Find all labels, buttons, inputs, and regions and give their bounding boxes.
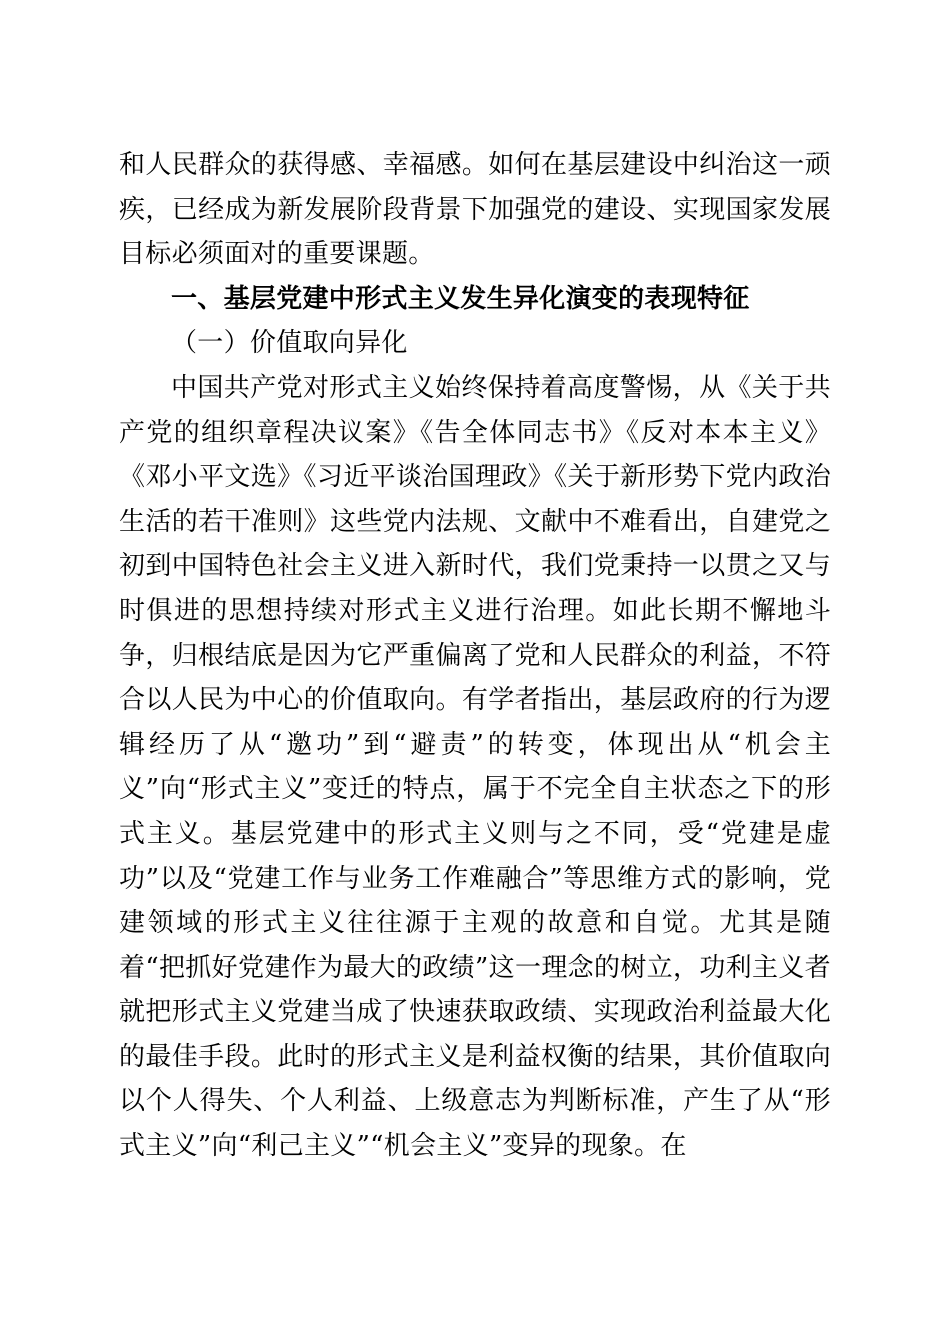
subsection-heading: （一）价值取向异化 bbox=[119, 321, 831, 366]
body-paragraph: 中国共产党对形式主义始终保持着高度警惕，从《关于共产党的组织章程决议案》《告全体… bbox=[119, 366, 831, 1169]
document-content: 和人民群众的获得感、幸福感。如何在基层建设中纠治这一顽疾，已经成为新发展阶段背景… bbox=[119, 143, 831, 1169]
paragraph-continuation: 和人民群众的获得感、幸福感。如何在基层建设中纠治这一顽疾，已经成为新发展阶段背景… bbox=[119, 143, 831, 277]
section-heading: 一、基层党建中形式主义发生异化演变的表现特征 bbox=[119, 277, 831, 322]
document-page: 和人民群众的获得感、幸福感。如何在基层建设中纠治这一顽疾，已经成为新发展阶段背景… bbox=[0, 0, 950, 1344]
